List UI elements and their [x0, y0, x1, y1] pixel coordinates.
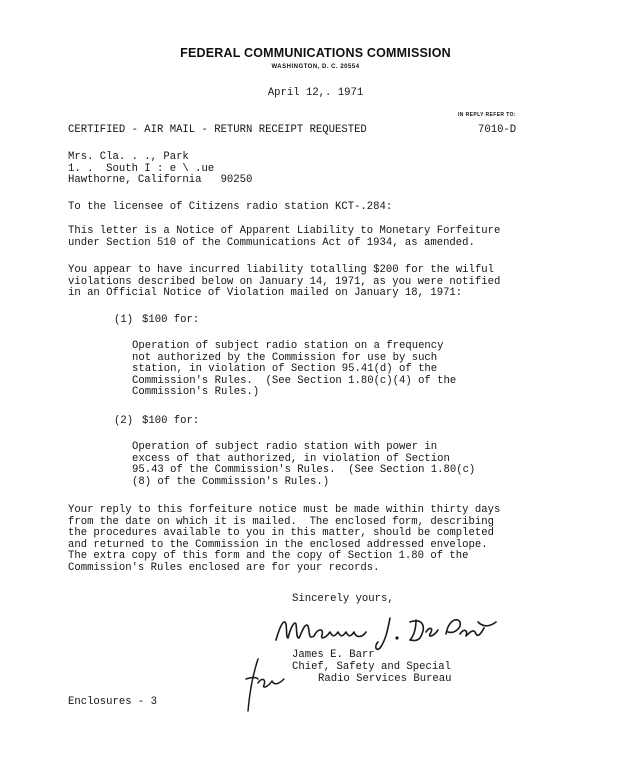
- paragraph-line: Commission's Rules enclosed are for your…: [68, 563, 500, 575]
- letter-date: April 12,. 1971: [0, 88, 631, 100]
- agency-address: WASHINGTON, D. C. 20554: [0, 64, 631, 70]
- signer-title-line2: Radio Services Bureau: [318, 674, 452, 686]
- paragraph-line: under Section 510 of the Communications …: [68, 238, 500, 250]
- paragraph-line: You appear to have incurred liability to…: [68, 265, 500, 277]
- addressee-block: Mrs. Cla. . ., Park 1. . South I : e \ .…: [68, 152, 252, 187]
- violation-1-description: Operation of subject radio station on a …: [132, 341, 456, 399]
- violation-line: (8) of the Commission's Rules.): [132, 477, 475, 489]
- paragraph-line: in an Official Notice of Violation maile…: [68, 288, 500, 300]
- enclosures-note: Enclosures - 3: [68, 697, 157, 709]
- handwritten-signature: [270, 608, 500, 653]
- violation-2-description: Operation of subject radio station with …: [132, 442, 475, 488]
- violation-line: Operation of subject radio station with …: [132, 442, 475, 454]
- addressee-name: Mrs. Cla. . ., Park: [68, 152, 252, 164]
- signer-name: James E. Barr: [292, 650, 375, 662]
- paragraph-reply-instructions: Your reply to this forfeiture notice mus…: [68, 505, 500, 575]
- salutation: To the licensee of Citizens radio statio…: [68, 202, 392, 214]
- signer-title-line1: Chief, Safety and Special: [292, 662, 451, 674]
- violation-line: Operation of subject radio station on a …: [132, 341, 456, 353]
- paragraph-liability: You appear to have incurred liability to…: [68, 265, 500, 300]
- addressee-city: Hawthorne, California 90250: [68, 175, 252, 187]
- agency-name: FEDERAL COMMUNICATIONS COMMISSION: [0, 46, 631, 60]
- reply-refer-label: IN REPLY REFER TO:: [458, 112, 516, 118]
- paragraph-notice: This letter is a Notice of Apparent Liab…: [68, 226, 500, 249]
- violation-2-amount: $100 for:: [142, 416, 199, 428]
- paragraph-line: Your reply to this forfeiture notice mus…: [68, 505, 500, 517]
- violation-line: Commission's Rules.): [132, 387, 456, 399]
- handwritten-for: [242, 655, 292, 715]
- violation-2-number: (2): [114, 416, 133, 428]
- mailing-notice: CERTIFIED - AIR MAIL - RETURN RECEIPT RE…: [68, 125, 367, 137]
- complimentary-close: Sincerely yours,: [292, 594, 394, 606]
- reference-code: 7010-D: [478, 125, 516, 137]
- violation-1-amount: $100 for:: [142, 315, 199, 327]
- paragraph-line: This letter is a Notice of Apparent Liab…: [68, 226, 500, 238]
- violation-1-number: (1): [114, 315, 133, 327]
